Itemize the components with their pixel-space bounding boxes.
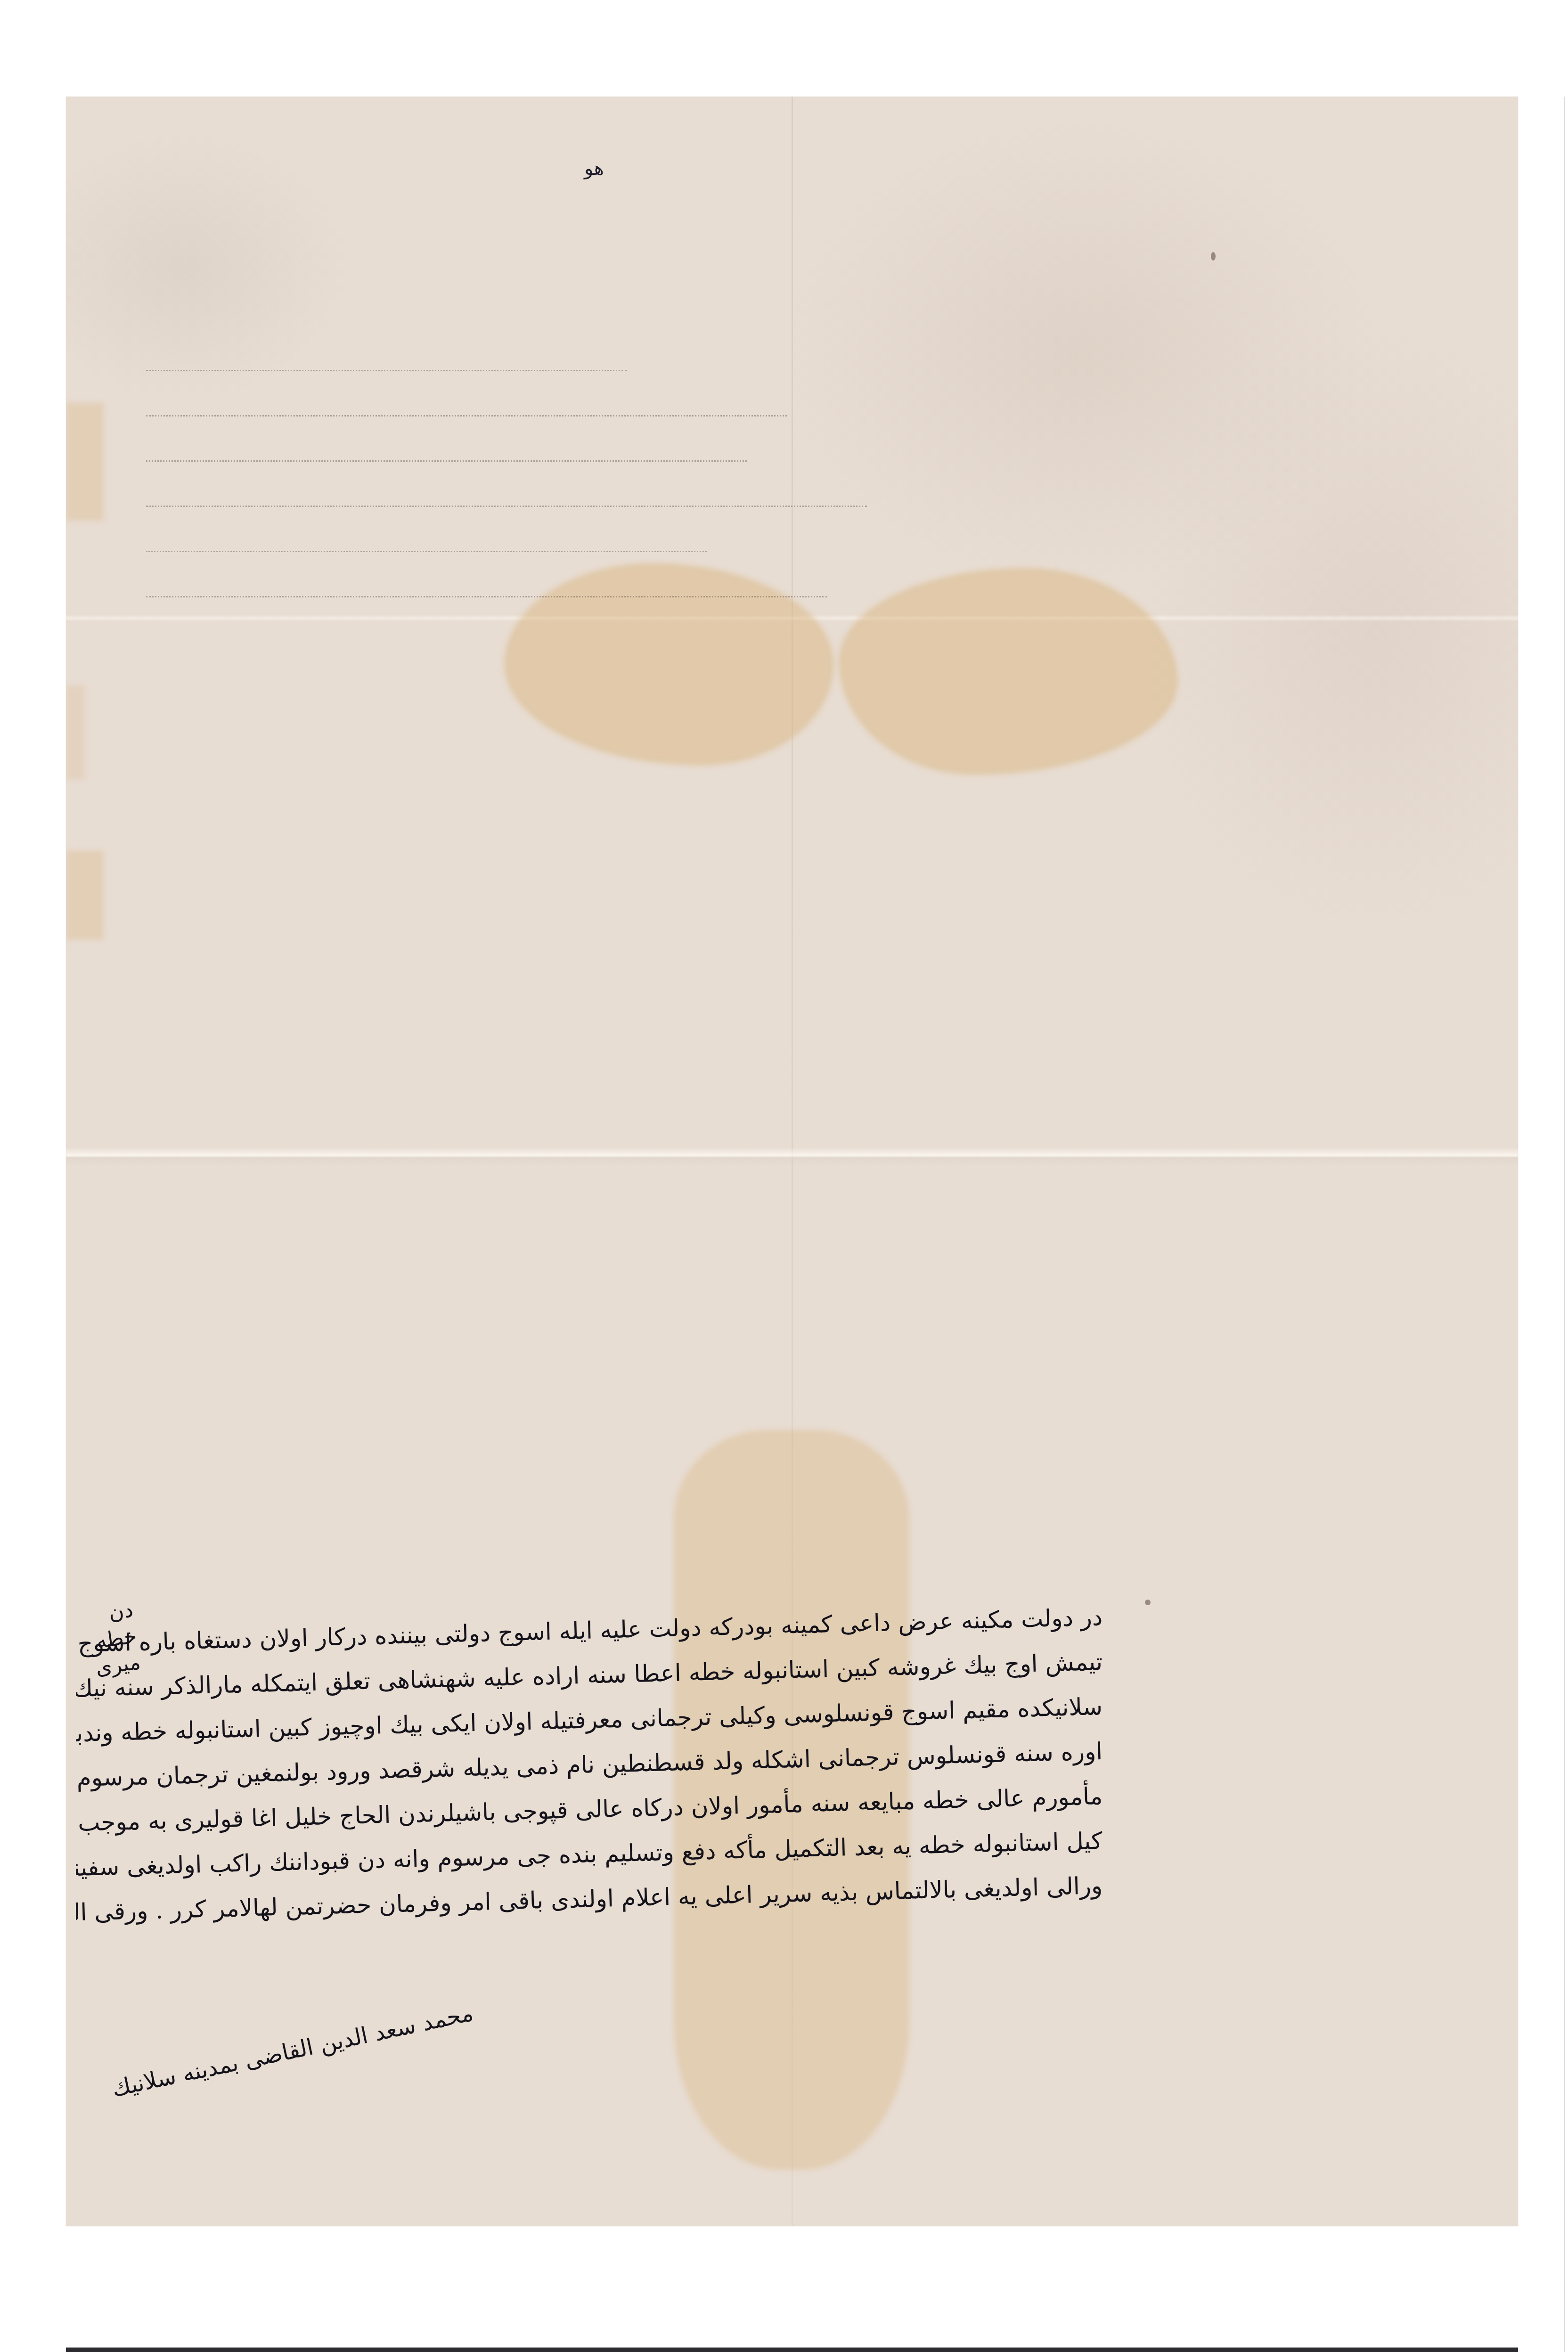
margin-stain <box>66 403 104 521</box>
bottom-border-bar <box>66 2347 1518 2352</box>
margin-stain <box>66 686 85 780</box>
ink-speck <box>1211 252 1216 261</box>
page-edge <box>1564 97 1565 2352</box>
ink-speck <box>1145 1600 1151 1605</box>
signature: محمد سعد الدين القاضى بمدينه سلانيك <box>110 2000 476 2102</box>
horizontal-fold-crease <box>66 1147 1518 1166</box>
letter-body: در دولت مكينه عرض داعى كمينه بودركه دولت… <box>75 1595 1102 1908</box>
document-sheet: هو دن خطه ميرى در دولت مكينه عرض داعى كم… <box>66 97 1518 2226</box>
faded-bleedthrough-text <box>146 370 947 641</box>
margin-stain <box>66 850 104 940</box>
invocation-mark: هو <box>584 158 604 180</box>
